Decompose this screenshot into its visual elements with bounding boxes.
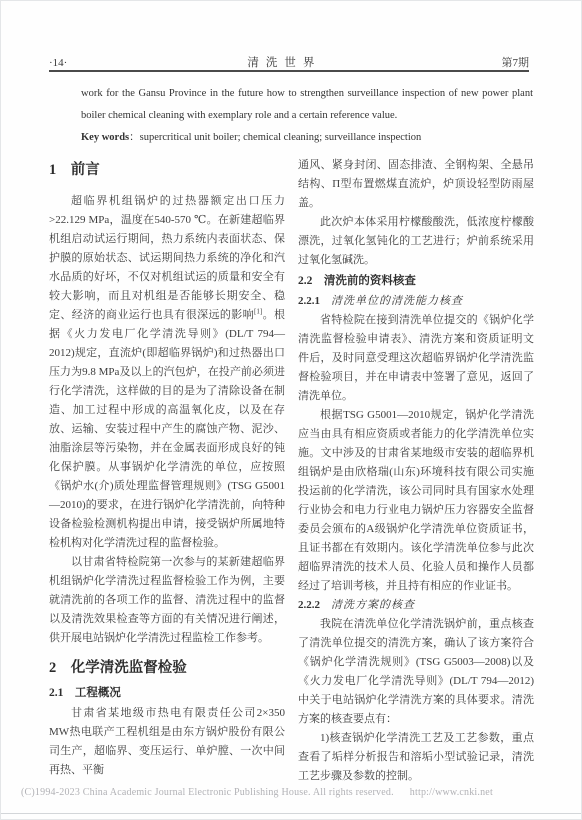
paragraph-scope: 以甘肃省特检院第一次参与的某新建超临界机组锅炉化学清洗过程监督检验工作为例，主要… [49, 553, 285, 648]
section-2-1-heading: 2.1 工程概况 [49, 684, 285, 703]
article-body: 1 前言 超临界机组锅炉的过热器额定出口压力>22.129 MPa，温度在540… [49, 156, 535, 786]
section-2-2-2-number: 2.2.2 [298, 599, 320, 611]
section-2-2-2-heading: 2.2.2 清洗方案的核查 [298, 596, 534, 615]
section-2-2-1-number: 2.2.1 [298, 295, 320, 307]
paragraph-intro: 超临界机组锅炉的过热器额定出口压力>22.129 MPa，温度在540-570 … [49, 192, 285, 553]
right-column: 通风、紧身封闭、固态排渣、全钢构架、全悬吊结构、Π型布置燃煤直流炉，炉顶设轻型防… [298, 156, 534, 786]
copyright-notice: (C)1994-2023 China Academic Journal Elec… [21, 787, 394, 798]
journal-title: 清洗世界 [247, 54, 321, 70]
abstract-text: work for the Gansu Province in the futur… [81, 83, 533, 127]
cnki-url: http://www.cnki.net [410, 787, 493, 798]
keywords-line: Key words：supercritical unit boiler; che… [81, 127, 533, 149]
section-2-2-1-heading: 2.2.1 清洗单位的清洗能力核查 [298, 292, 534, 311]
paragraph-qualification-review: 根据TSG G5001—2010规定，锅炉化学清洗应当由具有相应资质或者能力的化… [298, 406, 534, 596]
paragraph-cleaning-process: 此次炉本体采用柠檬酸酸洗，低浓度柠檬酸漂洗，过氧化氢钝化的工艺进行；炉前系统采用… [298, 213, 534, 270]
paragraph-project-overview: 甘肃省某地级市热电有限责任公司2×350 MW热电联产工程机组是由东方锅炉股份有… [49, 704, 285, 780]
page-number: ·14· [49, 57, 67, 69]
section-2-2-heading: 2.2 清洗前的资料核查 [298, 272, 534, 291]
section-2-heading: 2 化学清洗监督检验 [49, 658, 285, 678]
paragraph-application-review: 省特检院在接到清洗单位提交的《锅炉化学清洗监督检验申请表》、清洗方案和资质证明文… [298, 311, 534, 406]
english-abstract: work for the Gansu Province in the futur… [81, 83, 533, 149]
left-column: 1 前言 超临界机组锅炉的过热器额定出口压力>22.129 MPa，温度在540… [49, 156, 285, 786]
citation-ref-1: [1] [254, 307, 262, 315]
paragraph-plan-review: 我院在清洗单位化学清洗锅炉前，重点核查了清洗单位提交的清洗方案，确认了该方案符合… [298, 615, 534, 729]
paragraph-intro-continued: 。根据《火力发电厂化学清洗导则》(DL/T 794—2012)规定，直流炉(即超… [49, 309, 285, 549]
scan-edge-line [1, 813, 581, 814]
issue-label: 第7期 [501, 54, 529, 70]
paragraph-project-overview-continued: 通风、紧身封闭、固态排渣、全钢构架、全悬吊结构、Π型布置燃煤直流炉，炉顶设轻型防… [298, 156, 534, 213]
keywords-text: ：supercritical unit boiler; chemical cle… [129, 132, 421, 143]
header-divider [49, 70, 529, 72]
section-2-2-2-title: 清洗方案的核查 [331, 599, 415, 611]
paragraph-intro-text: 超临界机组锅炉的过热器额定出口压力>22.129 MPa，温度在540-570 … [49, 195, 285, 321]
keywords-label: Key words [81, 132, 129, 143]
section-1-heading: 1 前言 [49, 160, 285, 180]
page-footer: (C)1994-2023 China Academic Journal Elec… [21, 787, 565, 798]
section-2-2-1-title: 清洗单位的清洗能力核查 [331, 295, 463, 307]
journal-page: ·14· 清洗世界 第7期 work for the Gansu Provinc… [0, 0, 582, 820]
page-header: ·14· 清洗世界 第7期 [49, 54, 529, 70]
paragraph-plan-review-point1: 1)核查锅炉化学清洗工艺及工艺参数，重点查看了垢样分析报告和溶垢小型试验记录，清… [298, 729, 534, 786]
